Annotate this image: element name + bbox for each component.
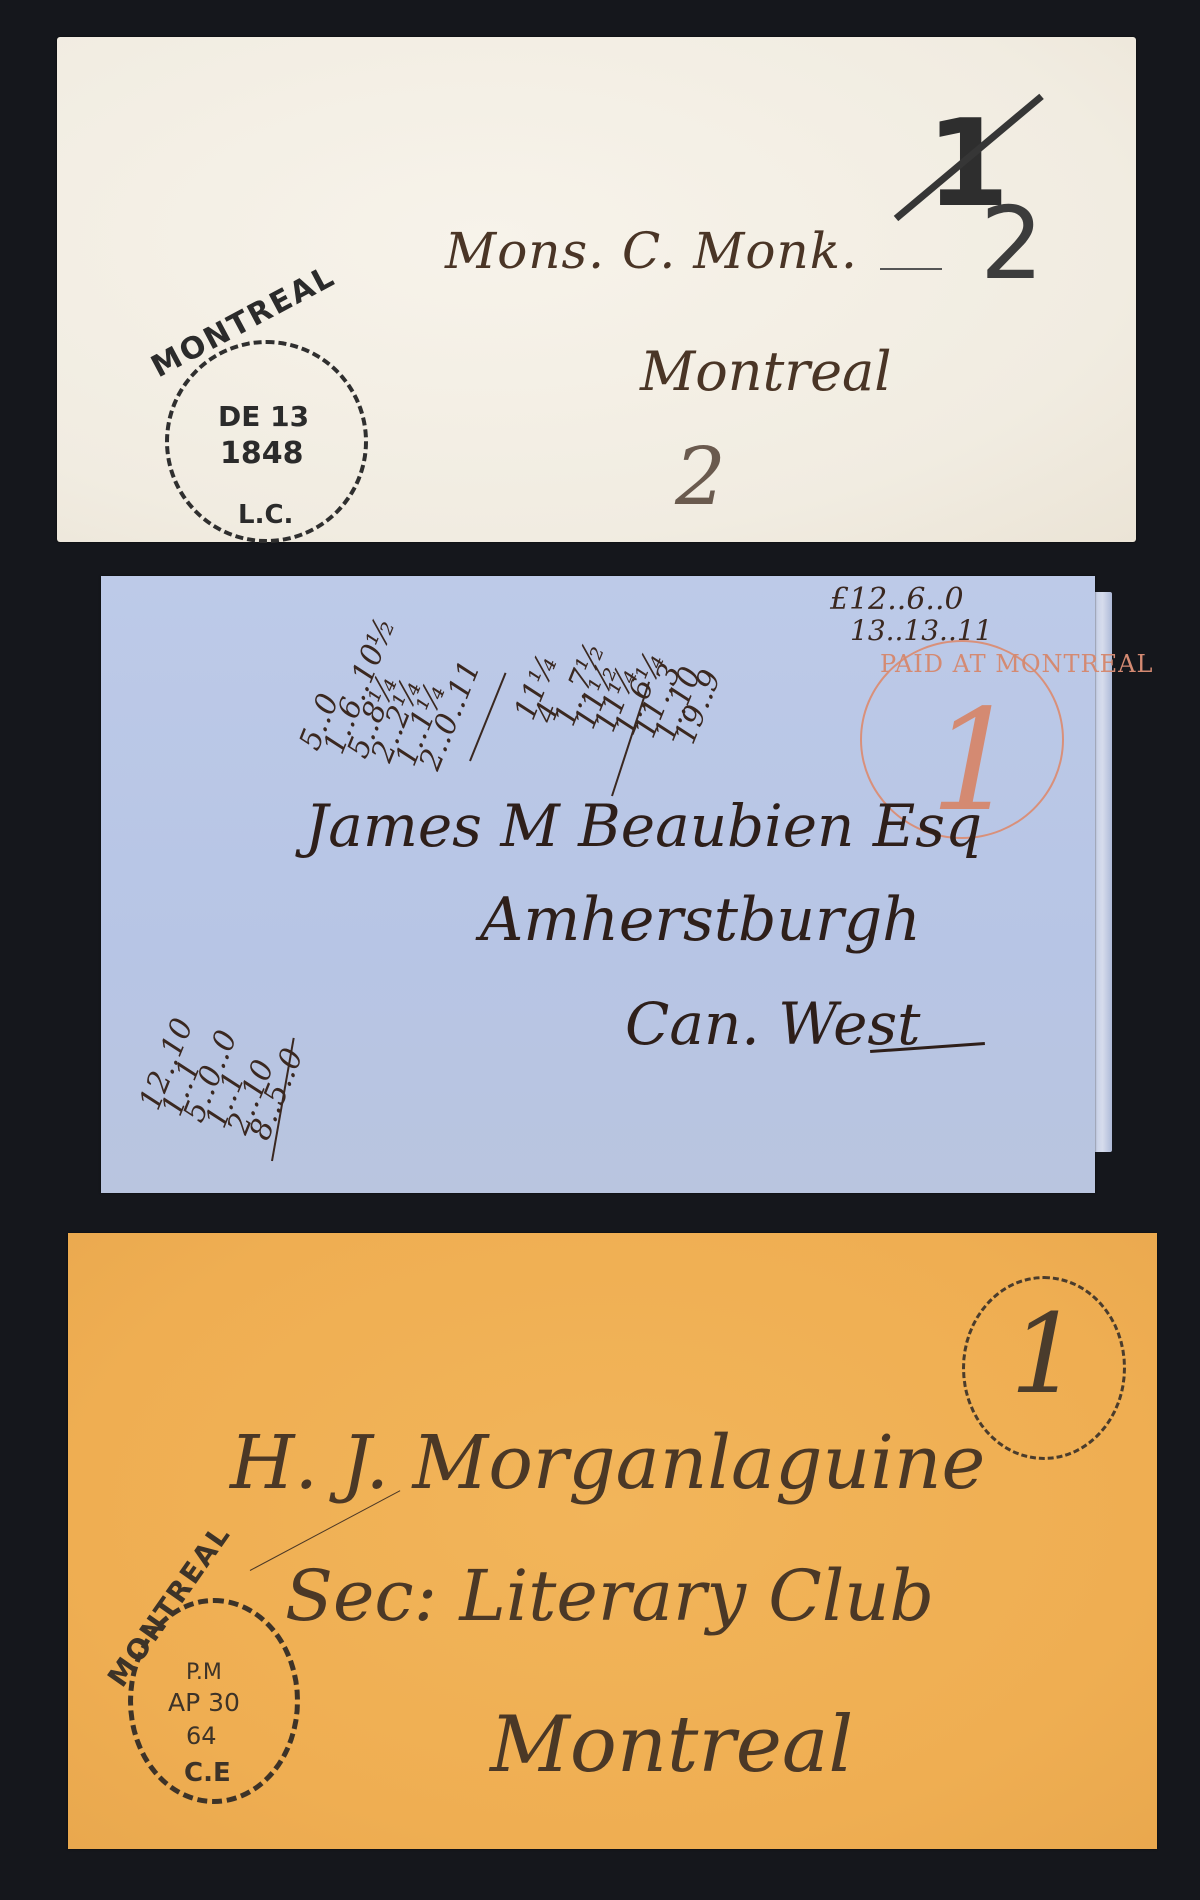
cover-3-postmark-year: 64 (186, 1722, 217, 1750)
cover-2-address-town: Amherstburgh (480, 885, 921, 955)
cover-3-rate-number: 1 (1010, 1290, 1080, 1418)
cover-3-postmark-date: AP 30 (168, 1688, 240, 1717)
cover-1-address-rule (880, 268, 942, 270)
cover-2-address-region: Can. West (625, 990, 920, 1058)
cover-1-address-city: Montreal (640, 340, 892, 403)
cover-1-postmark-date: DE 13 (218, 400, 309, 433)
cover-3-addressee: H. J. Morganlaguine (230, 1420, 985, 1506)
cover-3-address-city: Montreal (490, 1700, 853, 1790)
cover-2-addressee: James M Beaubien Esq (305, 792, 982, 860)
cover-2-total-line-1: £12..6..0 (830, 582, 964, 617)
cover-1-postmark-province: L.C. (238, 500, 293, 530)
cover-1-address-note: 2 (675, 430, 726, 523)
cover-1-rating-denominator: 2 (980, 185, 1044, 302)
cover-3-postmark-province: C.E (184, 1758, 231, 1788)
cover-2-paid-text: PAID AT MONTREAL (880, 650, 1153, 678)
cover-1-addressee: Mons. C. Monk. (445, 222, 858, 280)
cover-3-address-org: Sec: Literary Club (285, 1555, 934, 1637)
cover-3-postmark-time: P.M (186, 1660, 222, 1685)
cover-1-postmark-year: 1848 (220, 436, 304, 471)
